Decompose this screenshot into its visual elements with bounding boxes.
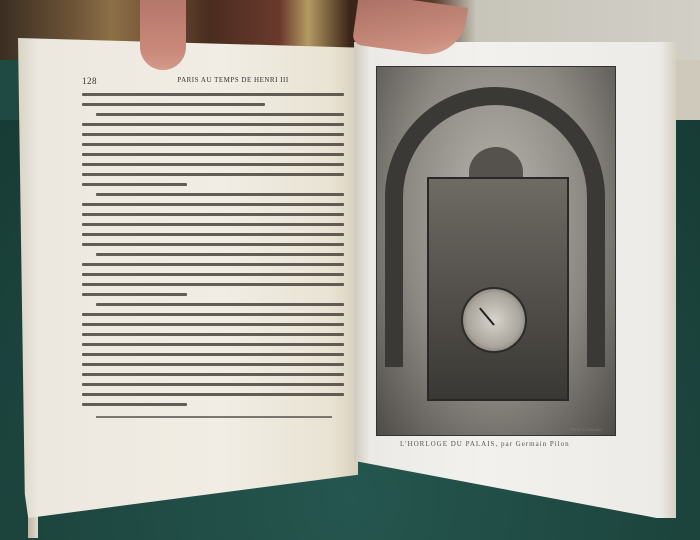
text-line — [82, 173, 344, 176]
text-line — [82, 333, 344, 336]
text-line — [82, 403, 187, 406]
text-line — [82, 313, 344, 316]
text-line — [96, 253, 344, 256]
text-line — [82, 263, 344, 266]
text-line — [82, 323, 344, 326]
text-line — [82, 133, 344, 136]
text-line — [82, 203, 344, 206]
page-header: 128 PARIS AU TEMPS DE HENRI III — [82, 76, 344, 86]
text-line — [82, 183, 187, 186]
text-line — [82, 353, 344, 356]
text-line — [82, 103, 265, 106]
text-line — [96, 113, 344, 116]
text-line — [82, 123, 344, 126]
text-line — [82, 373, 344, 376]
text-line — [82, 143, 344, 146]
text-line — [82, 283, 344, 286]
text-line — [82, 213, 344, 216]
text-line — [82, 273, 344, 276]
text-line — [82, 343, 344, 346]
text-line — [82, 383, 344, 386]
text-line — [82, 93, 344, 96]
text-line — [96, 303, 344, 306]
photo-credit: Photo Giraudon — [570, 428, 602, 433]
text-line — [82, 233, 344, 236]
text-line — [82, 293, 187, 296]
thumb — [140, 0, 186, 70]
text-line — [96, 193, 344, 196]
plate-caption: L'HORLOGE DU PALAIS, par Germain Pilon — [400, 440, 610, 448]
text-line — [82, 163, 344, 166]
left-page-text: 128 PARIS AU TEMPS DE HENRI III — [82, 76, 344, 418]
text-line — [82, 153, 344, 156]
clock-dial-icon — [461, 287, 527, 353]
page-number: 128 — [82, 76, 122, 86]
text-line — [82, 223, 344, 226]
text-line — [82, 243, 344, 246]
footnote — [96, 416, 332, 418]
running-head: PARIS AU TEMPS DE HENRI III — [122, 76, 344, 86]
clock-photograph — [376, 66, 616, 436]
text-line — [82, 363, 344, 366]
clock-hand — [479, 308, 495, 326]
text-line — [82, 393, 344, 396]
